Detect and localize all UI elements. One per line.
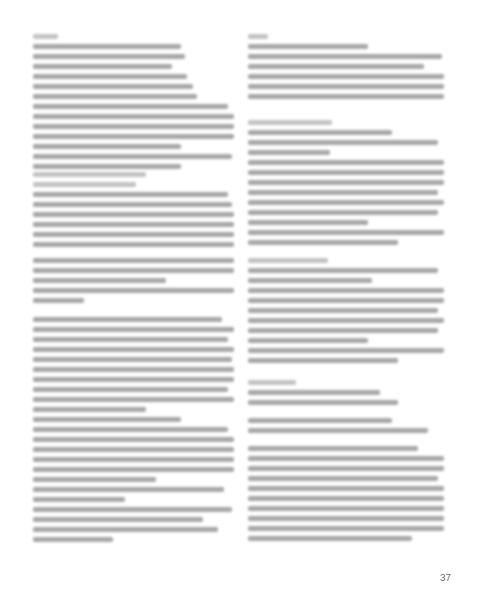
text-line [33, 124, 234, 129]
text-line [248, 318, 444, 323]
text-line [33, 487, 224, 492]
text-line [33, 54, 185, 59]
text-line [248, 130, 392, 135]
text-line [248, 536, 412, 541]
text-line [33, 114, 234, 119]
text-line [33, 202, 232, 207]
text-line [248, 220, 368, 225]
text-line [248, 338, 368, 343]
text-line [248, 506, 444, 511]
text-line [33, 298, 84, 303]
text-line [33, 337, 228, 342]
text-line [33, 317, 222, 322]
text-line [33, 288, 234, 293]
text-line [33, 192, 228, 197]
text-line [248, 190, 438, 195]
text-line [248, 150, 330, 155]
text-line [33, 437, 234, 442]
text-line [248, 64, 424, 69]
paragraph [33, 317, 238, 547]
paragraph [248, 44, 448, 104]
text-line [248, 258, 328, 263]
text-line [33, 104, 228, 109]
text-line [248, 34, 268, 39]
page-number: 37 [440, 573, 451, 584]
text-line [248, 526, 444, 531]
text-line [33, 507, 232, 512]
text-line [33, 164, 181, 169]
text-line [248, 298, 444, 303]
text-line [33, 457, 234, 462]
text-line [33, 134, 234, 139]
text-line [248, 210, 438, 215]
text-line [33, 222, 234, 227]
text-line [33, 144, 181, 149]
text-line [33, 477, 156, 482]
text-line [33, 517, 203, 522]
text-line [33, 84, 193, 89]
text-line [33, 172, 146, 177]
text-line [33, 447, 234, 452]
paragraph [33, 44, 238, 174]
text-line [248, 44, 368, 49]
text-line [33, 427, 228, 432]
text-line [33, 258, 234, 263]
text-line [248, 160, 444, 165]
paragraph [248, 418, 448, 438]
text-line [33, 357, 232, 362]
text-line [33, 232, 234, 237]
text-line [248, 54, 442, 59]
text-line [33, 417, 181, 422]
paragraph [33, 258, 238, 308]
text-line [248, 230, 444, 235]
text-line [248, 328, 438, 333]
section-heading [248, 120, 448, 130]
paragraph [248, 446, 448, 546]
text-line [248, 200, 444, 205]
text-line [33, 527, 218, 532]
text-line [33, 64, 172, 69]
text-line [248, 428, 428, 433]
text-line [248, 456, 444, 461]
text-line [248, 268, 438, 273]
text-line [33, 397, 234, 402]
section-heading [248, 34, 448, 44]
section-heading [33, 172, 238, 192]
text-line [248, 140, 438, 145]
text-line [248, 418, 392, 423]
text-line [248, 94, 444, 99]
section-heading [248, 258, 448, 268]
paragraph [248, 130, 448, 250]
text-line [248, 74, 444, 79]
text-line [33, 387, 228, 392]
text-line [248, 278, 372, 283]
text-line [248, 516, 444, 521]
text-line [248, 348, 444, 353]
text-line [33, 34, 58, 39]
text-line [248, 446, 418, 451]
text-line [248, 240, 398, 245]
section-heading [248, 380, 448, 390]
text-line [33, 347, 234, 352]
paragraph [33, 192, 238, 252]
text-line [248, 170, 444, 175]
text-line [248, 180, 444, 185]
text-line [33, 182, 136, 187]
text-line [33, 74, 187, 79]
text-line [33, 407, 146, 412]
text-line [248, 400, 398, 405]
text-line [248, 120, 332, 125]
text-line [33, 278, 166, 283]
text-line [33, 467, 234, 472]
section-heading [33, 34, 238, 44]
text-line [33, 327, 234, 332]
text-line [33, 212, 234, 217]
text-line [33, 497, 125, 502]
text-line [248, 380, 296, 385]
text-line [248, 476, 438, 481]
text-line [248, 84, 444, 89]
text-line [33, 268, 234, 273]
text-line [248, 308, 438, 313]
text-line [33, 94, 197, 99]
text-line [248, 288, 444, 293]
text-line [33, 154, 232, 159]
text-line [248, 358, 398, 363]
text-line [33, 367, 234, 372]
text-line [33, 242, 234, 247]
text-line [33, 537, 113, 542]
text-line [248, 496, 444, 501]
text-line [33, 377, 234, 382]
text-line [248, 486, 444, 491]
text-line [248, 466, 444, 471]
paragraph [248, 268, 448, 368]
paragraph [248, 390, 448, 410]
text-line [248, 390, 380, 395]
text-line [33, 44, 181, 49]
